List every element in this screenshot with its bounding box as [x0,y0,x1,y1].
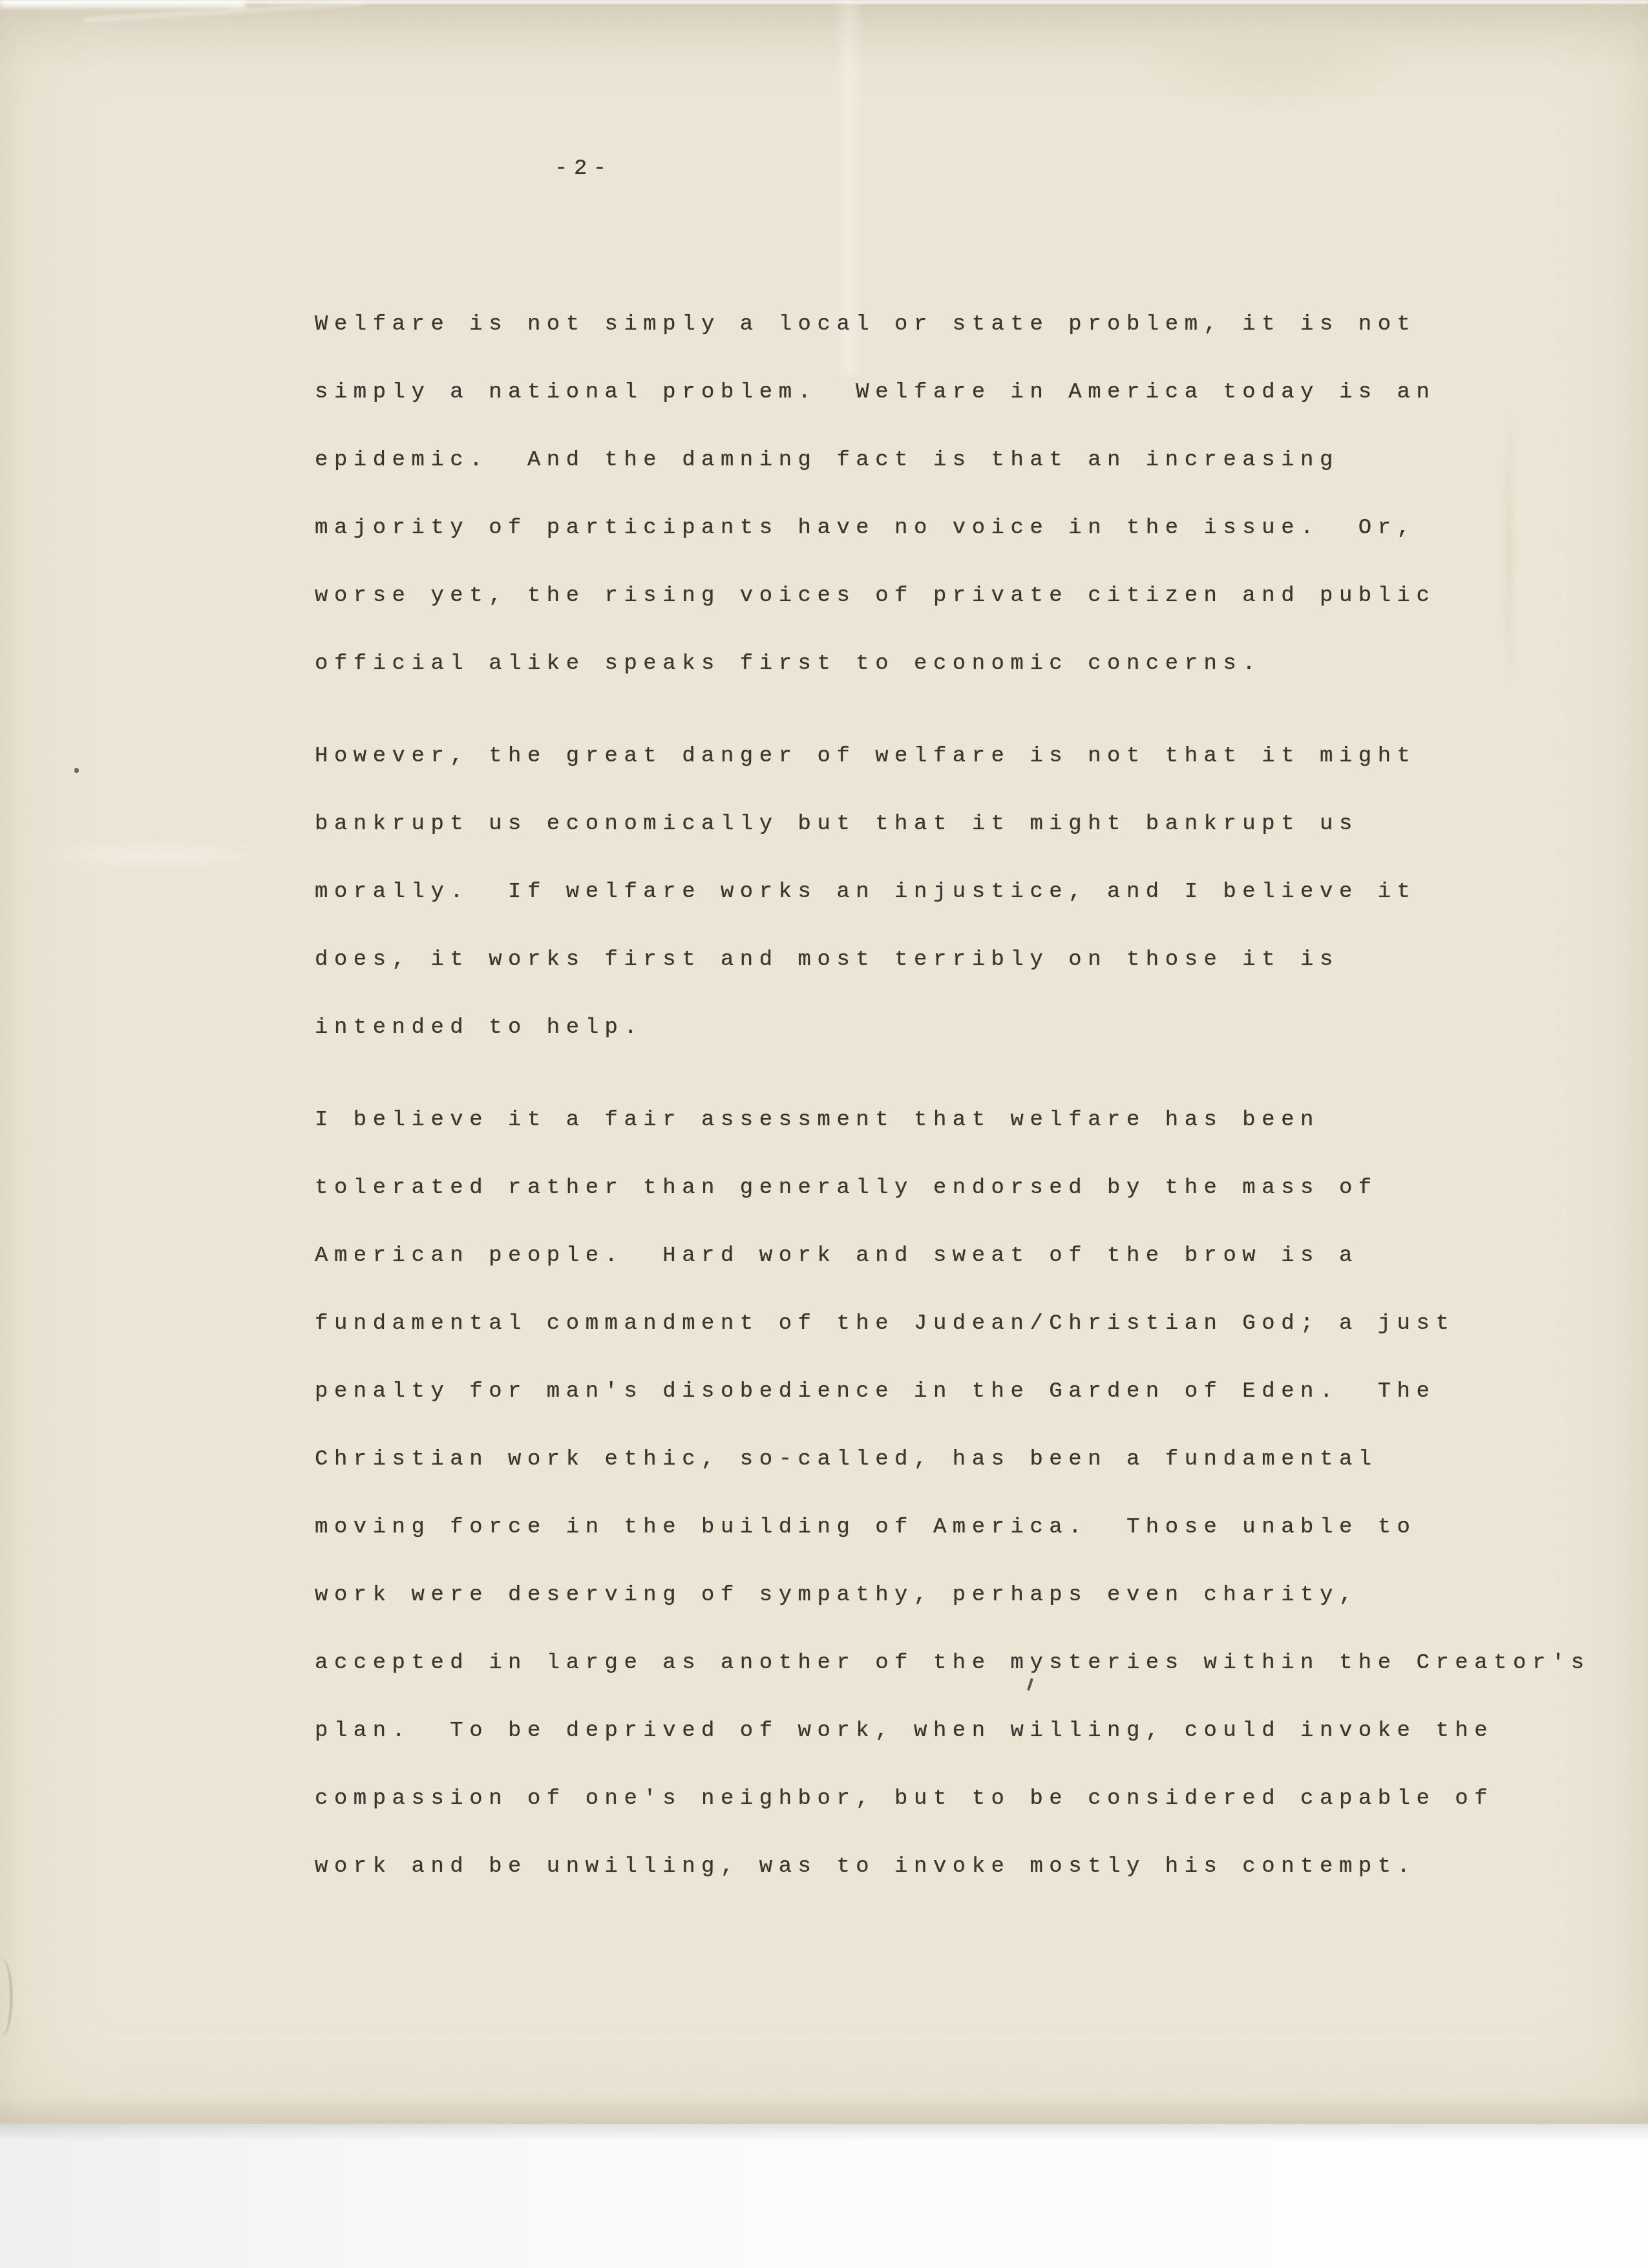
text-line: intended to help. [315,994,1614,1062]
text-line: fundamental commandment of the Judean/Ch… [315,1290,1614,1358]
text-line: bankrupt us economically but that it mig… [315,790,1614,858]
scanned-document-page: -2- Welfare is not simply a local or sta… [0,0,1648,2268]
text-line: However, the great danger of welfare is … [315,723,1614,790]
text-line: accepted in large as another of the myst… [315,1629,1614,1697]
text-line: I believe it a fair assessment that welf… [315,1086,1614,1154]
text-line: official alike speaks first to economic … [315,630,1614,698]
document-body: Welfare is not simply a local or state p… [315,217,1614,1901]
scanner-bed-background [0,2124,1648,2268]
text-line: morally. If welfare works an injustice, … [315,858,1614,926]
text-line: work and be unwilling, was to invoke mos… [315,1833,1614,1901]
text-line: compassion of one's neighbor, but to be … [315,1765,1614,1833]
page-number: -2- [555,135,613,203]
text-line: moving force in the building of America.… [315,1494,1614,1562]
text-line: plan. To be deprived of work, when willi… [315,1697,1614,1765]
text-line: Christian work ethic, so-called, has bee… [315,1426,1614,1494]
paragraph-3: I believe it a fair assessment that welf… [315,1086,1614,1901]
text-line: epidemic. And the damning fact is that a… [315,427,1614,494]
paper-top-left-edge-highlight [0,0,246,8]
text-line: simply a national problem. Welfare in Am… [315,359,1614,427]
text-line: tolerated rather than generally endorsed… [315,1154,1614,1222]
scan-artifact-dot [74,768,79,773]
text-line: penalty for man's disobedience in the Ga… [315,1358,1614,1426]
crease-highlight [19,840,297,870]
paper-sheet: -2- Welfare is not simply a local or sta… [0,0,1648,2124]
scan-artifact-edge-crease [0,1958,12,2036]
paragraph-2: However, the great danger of welfare is … [315,723,1614,1062]
text-line: majority of participants have no voice i… [315,494,1614,562]
crease-highlight [84,2,361,21]
text-line: American people. Hard work and sweat of … [315,1222,1614,1290]
text-line: worse yet, the rising voices of private … [315,562,1614,630]
paragraph-1: Welfare is not simply a local or state p… [315,291,1614,698]
crease-shadow [1137,32,1409,110]
text-line: work were deserving of sympathy, perhaps… [315,1562,1614,1629]
paper-top-edge-highlight [0,0,1648,4]
text-line: Welfare is not simply a local or state p… [315,291,1614,359]
text-line: does, it works first and most terribly o… [315,926,1614,994]
